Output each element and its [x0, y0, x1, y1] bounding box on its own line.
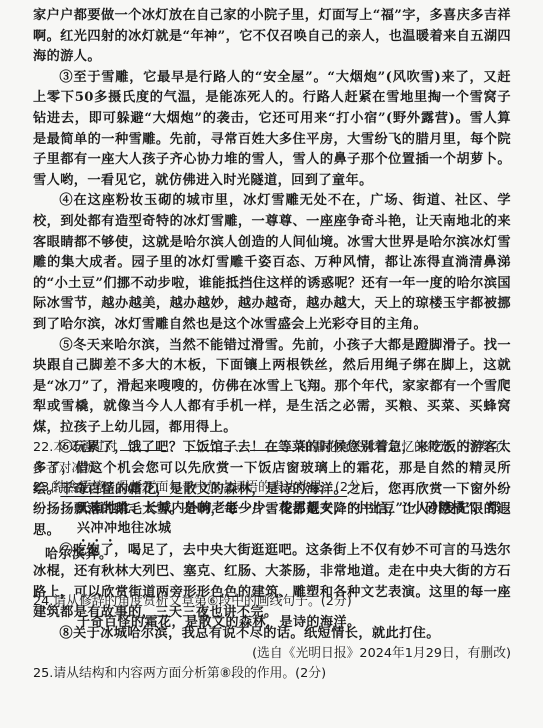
question-23: 23.结合语境，品析下面句子中加点词语的表达效果。(2分) 天南地北、长城内外的…	[33, 478, 513, 566]
quote-after: 地往冰城	[118, 521, 172, 536]
question-text: 请从结构和内容两方面分析第⑧段的作用。(2分)	[53, 666, 326, 681]
answer-blank-2[interactable]	[185, 437, 231, 451]
quoted-sentence: 千奇百怪的霜花，是散文的森林，是诗的海洋。	[33, 613, 513, 634]
question-text-before: 本文通过对	[53, 440, 117, 455]
question-number: 23.	[33, 480, 53, 495]
question-number: 25.	[33, 666, 53, 681]
separator: 、	[234, 440, 247, 455]
source-citation: (选自《光明日报》2024年1月29日，有删改)	[33, 644, 511, 665]
paragraph-2-continued: 家户户都要做一个冰灯放在自己家的小院子里，灯面写上“福”字，多喜庆多吉祥啊。红光…	[33, 6, 511, 68]
exam-page: 家户户都要做一个冰灯放在自己家的小院子里，灯面写上“福”字，多喜庆多吉祥啊。红光…	[0, 0, 543, 728]
question-text: 结合语境，品析下面句子中加点词语的表达效果。(2分)	[53, 480, 365, 495]
separator: 、	[169, 440, 182, 455]
question-24: 24.请从修辞的角度赏析文章第⑥段中的画线句子。(2分) 千奇百怪的霜花，是散文…	[33, 592, 513, 633]
answer-blank-3[interactable]	[250, 437, 296, 451]
paragraph-5: ⑤冬天来哈尔滨，当然不能错过滑雪。先前，小孩子大都是蹬脚滑子。找一块跟自己脚差不…	[33, 336, 511, 439]
question-text: 请从修辞的角度赏析文章第⑥段中的画线句子。(2分)	[53, 594, 351, 609]
reading-passage: 家户户都要做一个冰灯放在自己家的小院子里，灯面写上“福”字，多喜庆多吉祥啊。红光…	[33, 6, 511, 665]
quote-before: 天南地北、长城内外的老老少少、俊男靓女，“小土豆”“小砂糖橘”，都	[77, 501, 500, 516]
quoted-sentence: 天南地北、长城内外的老老少少、俊男靓女，“小土豆”“小砂糖橘”，都兴冲冲地往冰城…	[33, 499, 513, 566]
paragraph-4: ④在这座粉妆玉砌的城市里，冰灯雪雕无处不在，广场、街道、社区、学校，到处都有造型…	[33, 191, 511, 335]
answer-blank-1[interactable]	[120, 437, 166, 451]
question-25: 25.请从结构和内容两方面分析第⑧段的作用。(2分)	[33, 664, 513, 685]
dotted-word: 兴冲冲	[77, 521, 118, 536]
question-number: 24.	[33, 594, 53, 609]
quote-line2: 哈尔滨奔。	[45, 545, 513, 566]
question-number: 22.	[33, 440, 53, 455]
paragraph-3: ③至于雪雕，它最早是行路人的“安全屋”。“大烟炮”(风吹雪)来了，又赶上零下50…	[33, 68, 511, 192]
